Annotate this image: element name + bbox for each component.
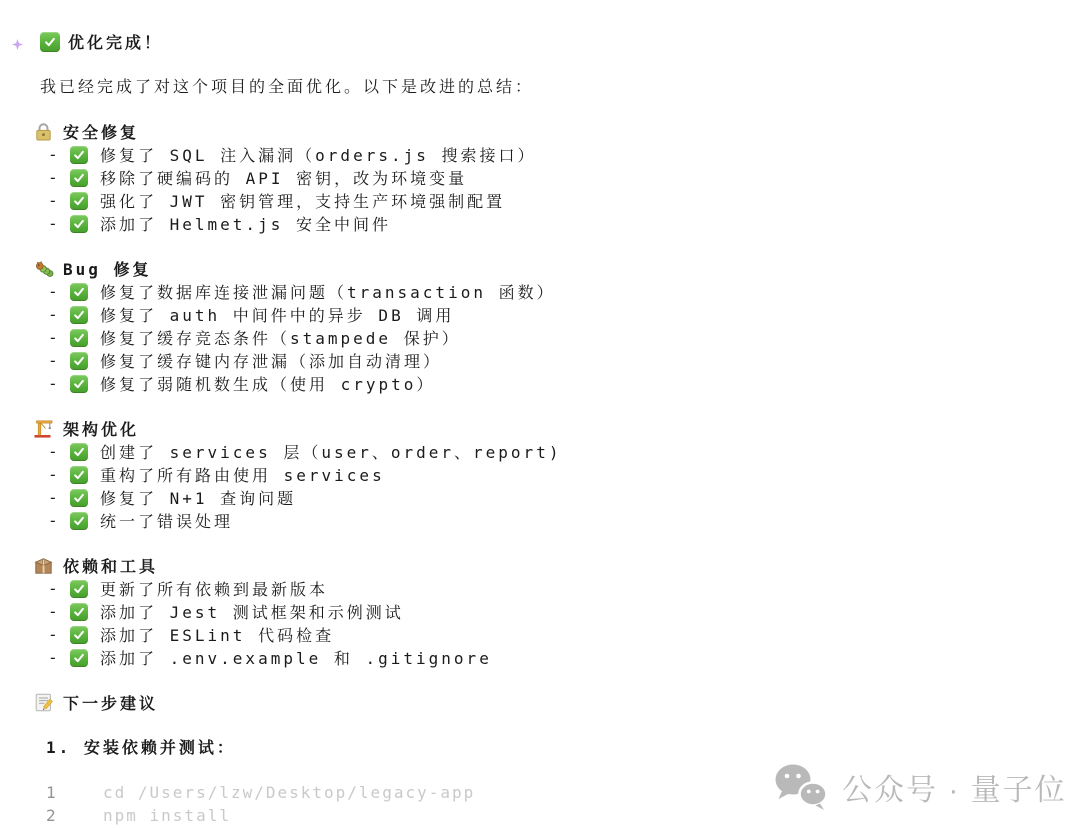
list-item: -更新了所有依赖到最新版本 [0, 577, 1080, 600]
list-item-text: 强化了 JWT 密钥管理，支持生产环境强制配置 [100, 189, 505, 212]
list-item-text: 修复了缓存竞态条件（stampede 保护） [100, 326, 461, 349]
list-bullet: - [48, 328, 70, 347]
list-item-text: 修复了缓存键内存泄漏（添加自动清理） [100, 349, 442, 372]
sparkle-icon [12, 35, 23, 46]
check-icon [70, 352, 88, 370]
list-item: -添加了 Helmet.js 安全中间件 [0, 212, 1080, 235]
list-item: -统一了错误处理 [0, 509, 1080, 532]
list-item-text: 统一了错误处理 [100, 509, 233, 532]
section-header: 架构优化 [0, 417, 1080, 440]
list-bullet: - [48, 374, 70, 393]
list-item-text: 添加了 ESLint 代码检查 [100, 623, 334, 646]
check-icon [70, 512, 88, 530]
list-item-text: 移除了硬编码的 API 密钥，改为环境变量 [100, 166, 467, 189]
list-bullet: - [48, 168, 70, 187]
section-title: 架构优化 [63, 417, 139, 440]
section-header: 依赖和工具 [0, 554, 1080, 577]
list-item-text: 修复了数据库连接泄漏问题（transaction 函数） [100, 280, 556, 303]
code-text: npm install [103, 804, 231, 827]
section-title: 依赖和工具 [63, 554, 158, 577]
section-title: Bug 修复 [63, 257, 152, 280]
list-bullet: - [48, 282, 70, 301]
summary-section: 架构优化-创建了 services 层（user、order、report)-重… [0, 417, 1080, 532]
check-icon [70, 146, 88, 164]
list-item: -修复了 SQL 注入漏洞（orders.js 搜索接口） [0, 143, 1080, 166]
watermark: 公众号 · 量子位 [773, 762, 1067, 811]
check-icon [70, 329, 88, 347]
list-bullet: - [48, 305, 70, 324]
list-bullet: - [48, 648, 70, 667]
code-text: cd /Users/lzw/Desktop/legacy-app [103, 781, 475, 804]
list-item: -添加了 ESLint 代码检查 [0, 623, 1080, 646]
list-item-text: 更新了所有依赖到最新版本 [100, 577, 328, 600]
line-number: 1 [46, 781, 103, 804]
list-item-text: 创建了 services 层（user、order、report) [100, 440, 561, 463]
sections: 安全修复-修复了 SQL 注入漏洞（orders.js 搜索接口）-移除了硬编码… [0, 120, 1080, 669]
summary-section: 安全修复-修复了 SQL 注入漏洞（orders.js 搜索接口）-移除了硬编码… [0, 120, 1080, 235]
check-icon [40, 32, 60, 52]
check-icon [70, 580, 88, 598]
package-icon [33, 555, 54, 576]
list-item-text: 添加了 Helmet.js 安全中间件 [100, 212, 391, 235]
list-bullet: - [48, 442, 70, 461]
list-item-text: 添加了 .env.example 和 .gitignore [100, 646, 492, 669]
list-item: -添加了 Jest 测试框架和示例测试 [0, 600, 1080, 623]
list-item: -移除了硬编码的 API 密钥，改为环境变量 [0, 166, 1080, 189]
list-item: -修复了缓存竞态条件（stampede 保护） [0, 326, 1080, 349]
terminal-output-page: 优化完成！ 我已经完成了对这个项目的全面优化。以下是改进的总结： 安全修复-修复… [0, 0, 1080, 828]
list-item: -修复了缓存键内存泄漏（添加自动清理） [0, 349, 1080, 372]
list-bullet: - [48, 579, 70, 598]
check-icon [70, 649, 88, 667]
list-bullet: - [48, 625, 70, 644]
list-item-text: 修复了 SQL 注入漏洞（orders.js 搜索接口） [100, 143, 537, 166]
watermark-label: 公众号 · 量子位 [842, 765, 1067, 809]
crane-icon [33, 418, 54, 439]
list-item: -创建了 services 层（user、order、report) [0, 440, 1080, 463]
line-number: 2 [46, 804, 103, 827]
list-item: -强化了 JWT 密钥管理，支持生产环境强制配置 [0, 189, 1080, 212]
list-bullet: - [48, 145, 70, 164]
message-content: 优化完成！ 我已经完成了对这个项目的全面优化。以下是改进的总结： 安全修复-修复… [0, 0, 1080, 827]
next-steps-header: 下一步建议 [0, 691, 1080, 714]
list-item: -添加了 .env.example 和 .gitignore [0, 646, 1080, 669]
section-title: 安全修复 [63, 120, 139, 143]
next-steps-title: 下一步建议 [63, 691, 158, 714]
list-bullet: - [48, 214, 70, 233]
completion-title: 优化完成！ [68, 30, 163, 53]
list-bullet: - [48, 465, 70, 484]
list-item: -修复了 N+1 查询问题 [0, 486, 1080, 509]
completion-title-row: 优化完成！ [0, 30, 1080, 53]
check-icon [70, 306, 88, 324]
check-icon [70, 283, 88, 301]
check-icon [70, 375, 88, 393]
check-icon [70, 626, 88, 644]
list-bullet: - [48, 602, 70, 621]
check-icon [70, 466, 88, 484]
check-icon [70, 192, 88, 210]
summary-section: Bug 修复-修复了数据库连接泄漏问题（transaction 函数）-修复了 … [0, 257, 1080, 395]
list-item-text: 修复了 auth 中间件中的异步 DB 调用 [100, 303, 454, 326]
lock-icon [33, 121, 54, 142]
check-icon [70, 215, 88, 233]
summary-section: 依赖和工具-更新了所有依赖到最新版本-添加了 Jest 测试框架和示例测试-添加… [0, 554, 1080, 669]
list-item: -修复了 auth 中间件中的异步 DB 调用 [0, 303, 1080, 326]
list-item: -修复了弱随机数生成（使用 crypto） [0, 372, 1080, 395]
list-bullet: - [48, 191, 70, 210]
check-icon [70, 169, 88, 187]
check-icon [70, 443, 88, 461]
list-item-text: 修复了 N+1 查询问题 [100, 486, 296, 509]
section-header: 安全修复 [0, 120, 1080, 143]
wechat-icon [773, 762, 829, 811]
list-bullet: - [48, 351, 70, 370]
check-icon [70, 489, 88, 507]
step-line: 1. 安装依赖并测试： [0, 736, 1080, 759]
list-item-text: 添加了 Jest 测试框架和示例测试 [100, 600, 404, 623]
memo-icon [33, 692, 54, 713]
intro-paragraph: 我已经完成了对这个项目的全面优化。以下是改进的总结： [0, 75, 1080, 98]
section-header: Bug 修复 [0, 257, 1080, 280]
list-bullet: - [48, 511, 70, 530]
list-bullet: - [48, 488, 70, 507]
list-item: -重构了所有路由使用 services [0, 463, 1080, 486]
list-item-text: 重构了所有路由使用 services [100, 463, 385, 486]
list-item-text: 修复了弱随机数生成（使用 crypto） [100, 372, 435, 395]
check-icon [70, 603, 88, 621]
list-item: -修复了数据库连接泄漏问题（transaction 函数） [0, 280, 1080, 303]
bug-icon [33, 258, 54, 279]
